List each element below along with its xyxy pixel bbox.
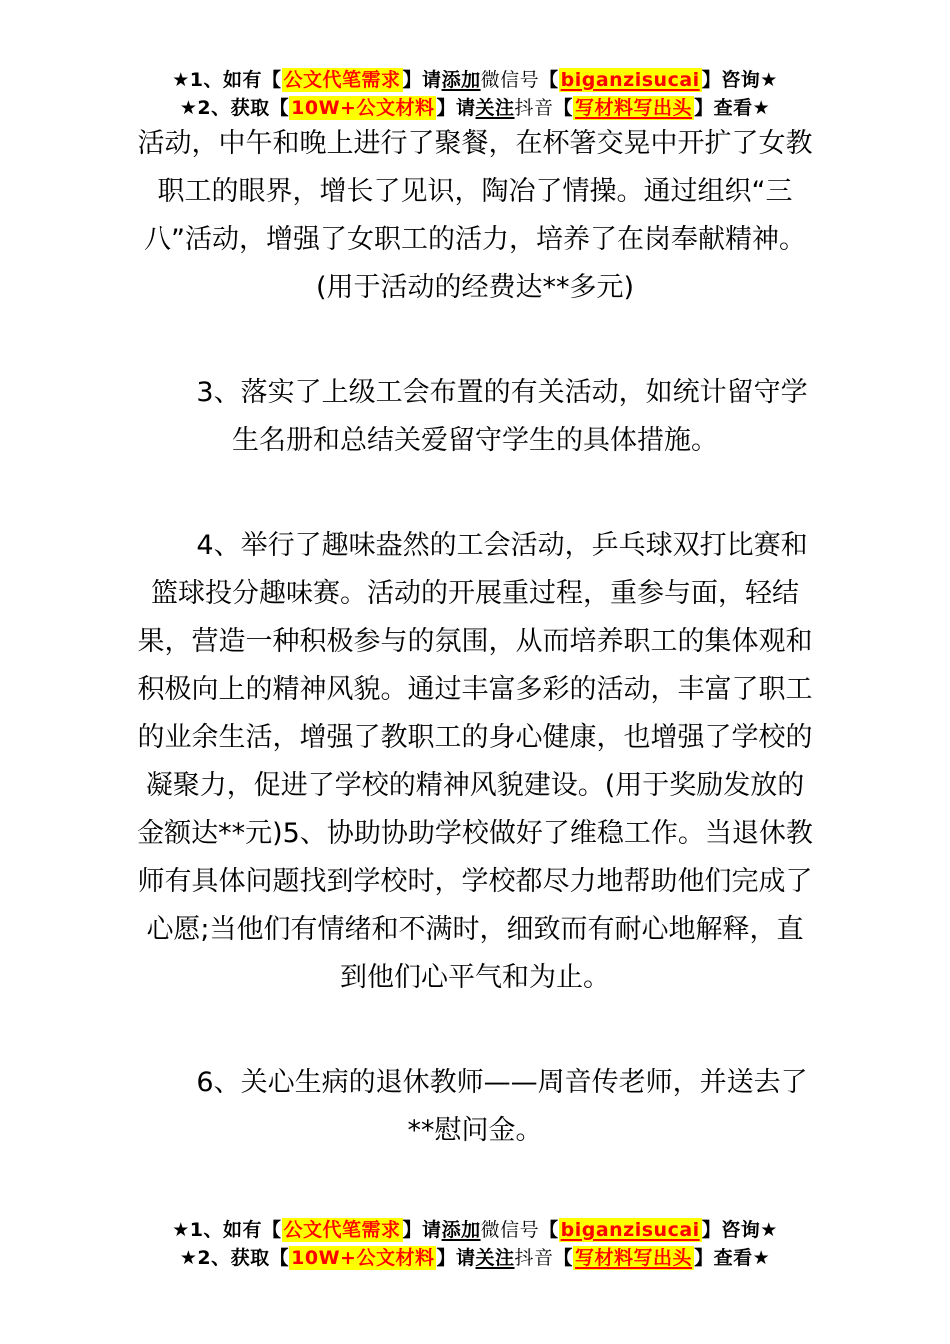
paragraph: 6、关心生病的退休教师——周音传老师，并送去了**慰问金。 [135,1059,815,1155]
promo-text: 关注 [476,1247,515,1269]
promo-text: 抖音 [515,97,554,119]
promo-line: ★2、获取【10W+公文材料】请关注抖音【写材料写出头】查看★ [0,94,950,122]
promo-text: 微信号 [481,1219,540,1241]
promo-text: 】请 [436,1247,475,1269]
promo-highlight-term: 公文代笔需求 [282,1218,403,1242]
document-body: 活动，中午和晚上进行了聚餐，在杯箸交晃中开扩了女教职工的眼界，增长了见识，陶冶了… [135,120,815,1155]
paragraph: 4、举行了趣味盎然的工会活动，乒乓球双打比赛和篮球投分趣味赛。活动的开展重过程，… [135,522,815,1002]
promo-text: 【 [539,1219,559,1241]
promo-line: ★1、如有【公文代笔需求】请添加微信号【biganzisucai】咨询★ [0,1216,950,1244]
promo-text: ★1、如有【 [172,69,281,91]
promo-highlight-term: biganzisucai [559,1218,702,1242]
promo-highlight-term: 写材料写出头 [573,96,694,120]
promo-text: ★2、获取【 [180,97,289,119]
promo-text: ★2、获取【 [180,1247,289,1269]
promo-text: ★1、如有【 [172,1219,281,1241]
promo-highlight-term: 10W+公文材料 [289,1246,436,1270]
promo-text: 关注 [476,97,515,119]
promo-text: 】请 [436,97,475,119]
paragraph: 3、落实了上级工会布置的有关活动，如统计留守学生名册和总结关爱留守学生的具体措施… [135,369,815,465]
promo-text: 】请 [403,1219,442,1241]
promo-text: 】查看★ [694,1247,770,1269]
promo-text: 】咨询★ [702,1219,778,1241]
promo-highlight-term: 10W+公文材料 [289,96,436,120]
promo-highlight-term: biganzisucai [559,68,702,92]
promo-text: 】咨询★ [702,69,778,91]
promo-text: 【 [539,69,559,91]
promo-text: 微信号 [481,69,540,91]
promo-text: 添加 [442,1219,481,1241]
promo-highlight-term: 公文代笔需求 [282,68,403,92]
promo-banner-bottom: ★1、如有【公文代笔需求】请添加微信号【biganzisucai】咨询★★2、获… [0,1216,950,1272]
paragraph: 活动，中午和晚上进行了聚餐，在杯箸交晃中开扩了女教职工的眼界，增长了见识，陶冶了… [135,120,815,312]
promo-line: ★2、获取【10W+公文材料】请关注抖音【写材料写出头】查看★ [0,1244,950,1272]
promo-text: 【 [554,97,574,119]
promo-text: 抖音 [515,1247,554,1269]
promo-line: ★1、如有【公文代笔需求】请添加微信号【biganzisucai】咨询★ [0,66,950,94]
promo-highlight-term: 写材料写出头 [573,1246,694,1270]
promo-text: 】请 [403,69,442,91]
document-page: ★1、如有【公文代笔需求】请添加微信号【biganzisucai】咨询★★2、获… [0,0,950,1344]
promo-text: 【 [554,1247,574,1269]
promo-text: 】查看★ [694,97,770,119]
promo-text: 添加 [442,69,481,91]
promo-banner-top: ★1、如有【公文代笔需求】请添加微信号【biganzisucai】咨询★★2、获… [0,66,950,122]
